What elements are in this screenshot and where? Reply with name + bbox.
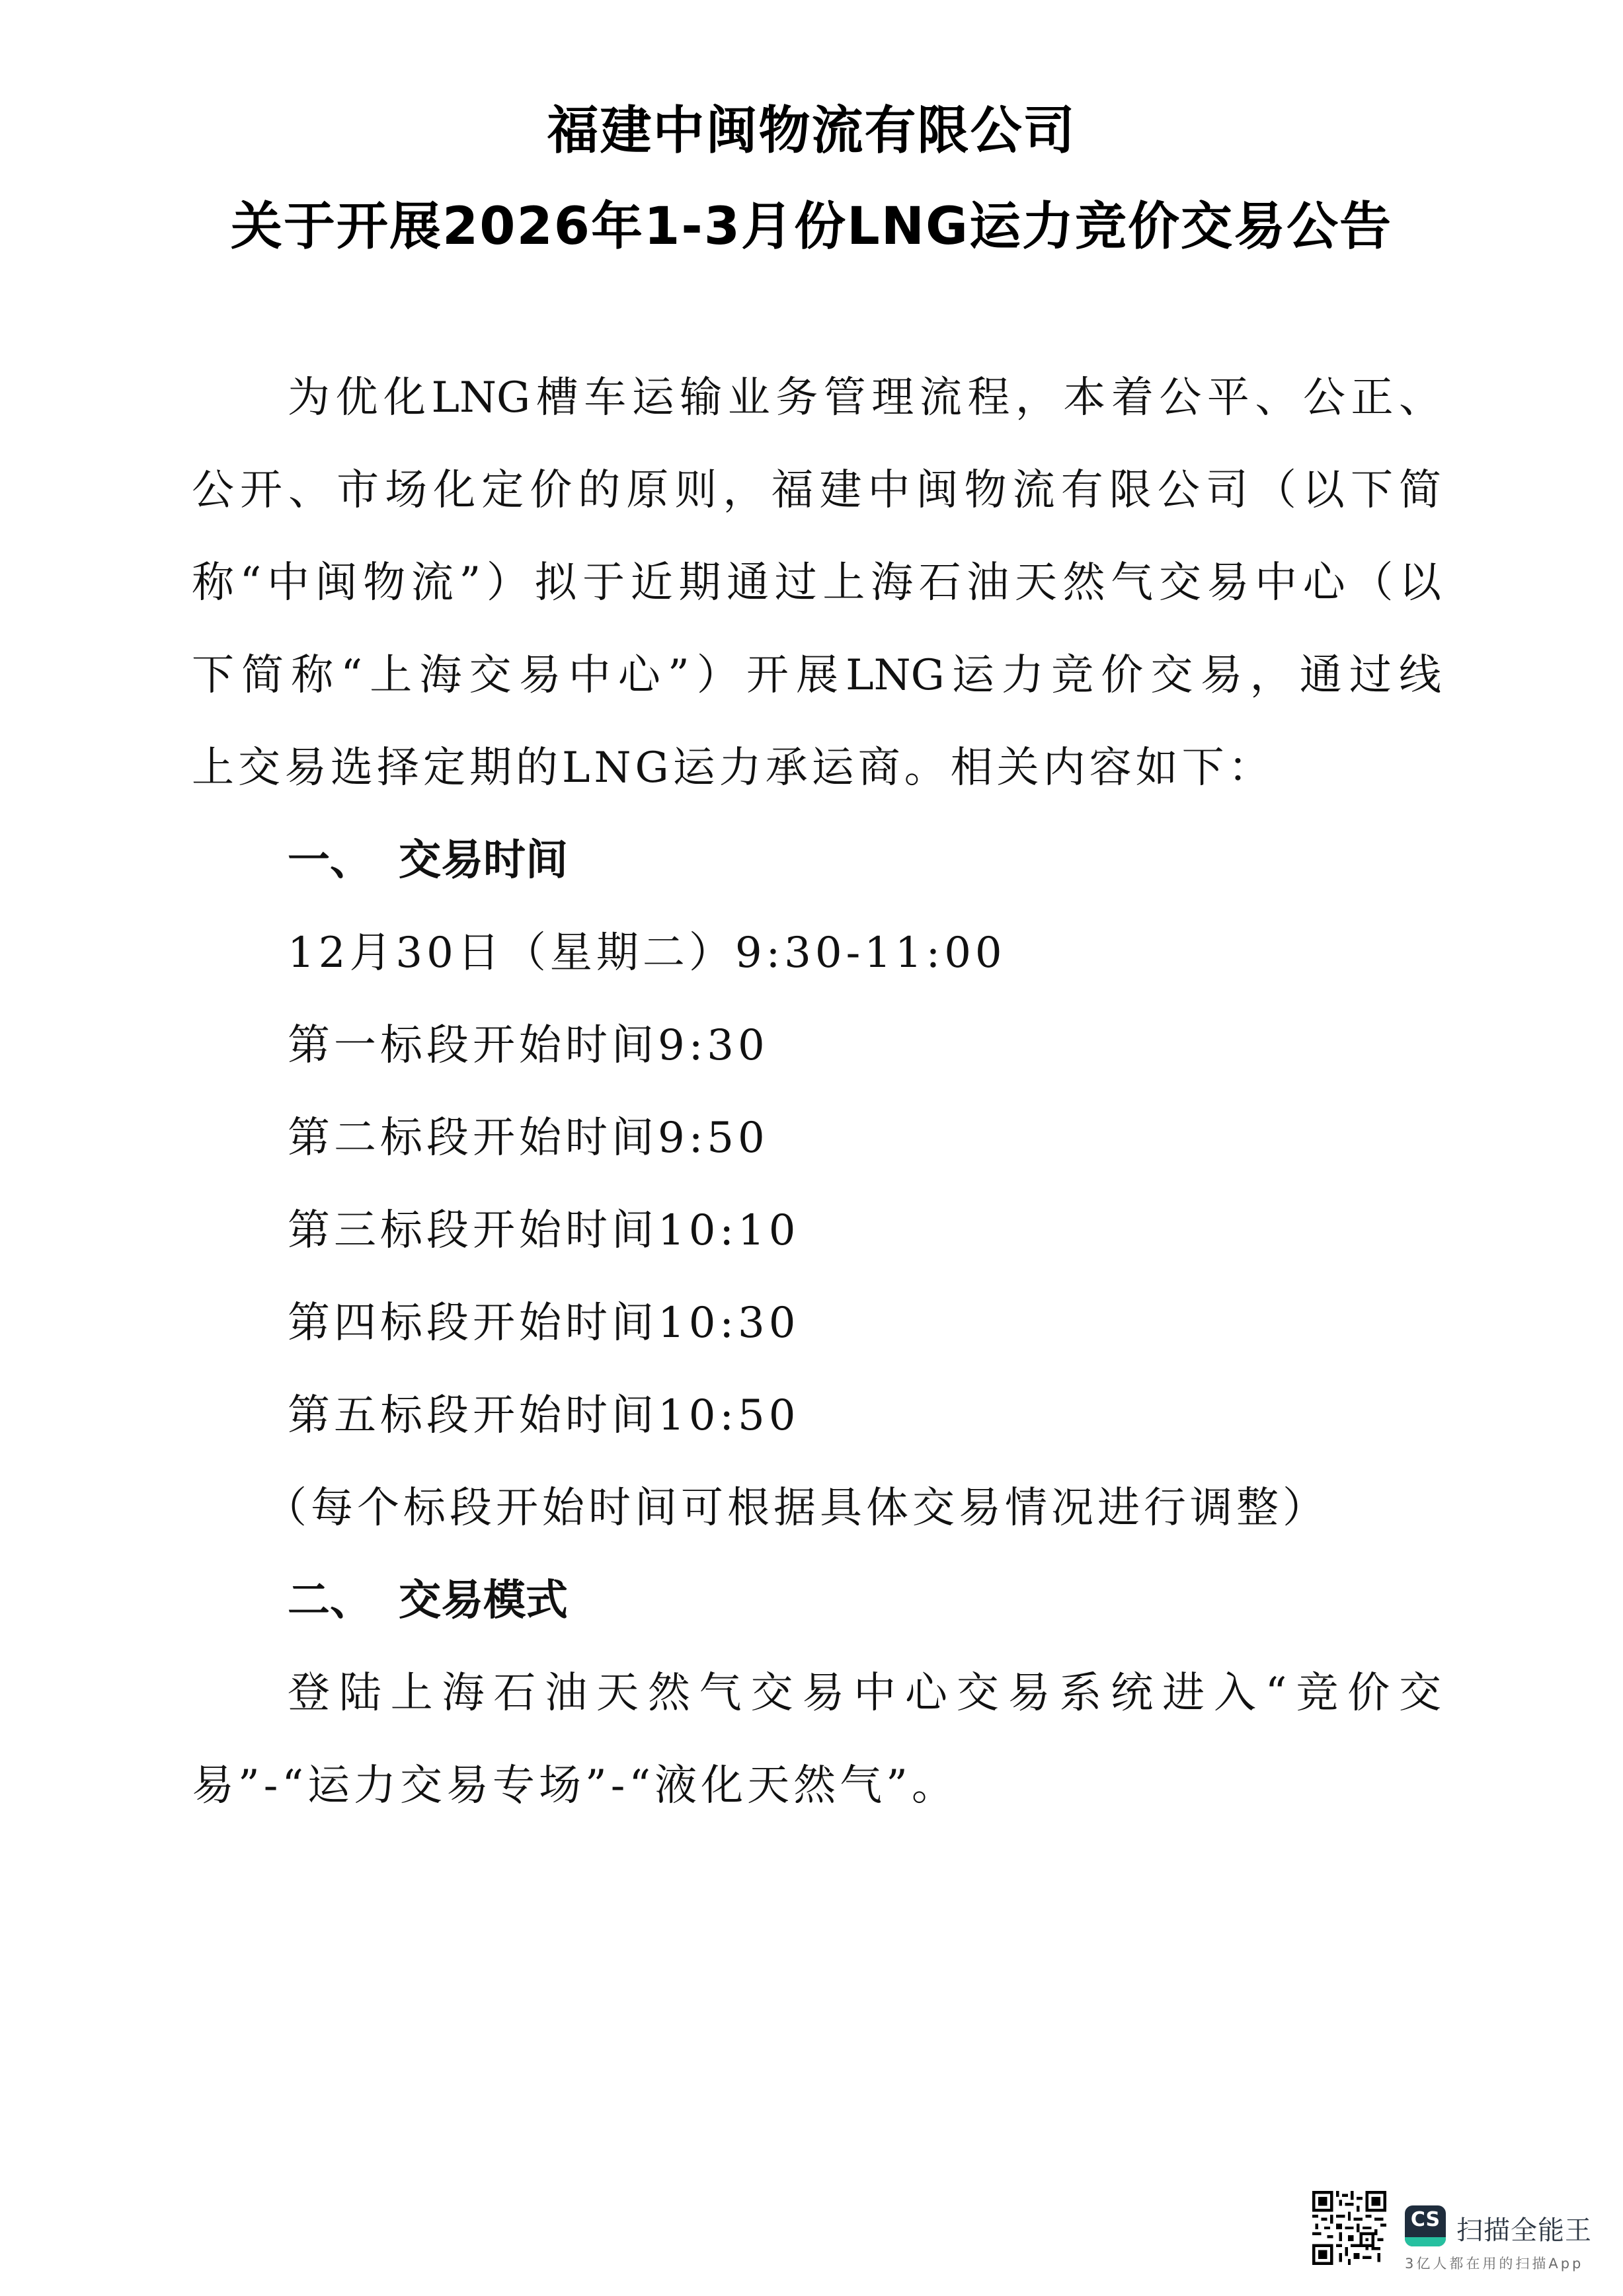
lot-start-time: 第五标段开始时间10:50 xyxy=(288,1389,1537,1442)
section-number: 一、 xyxy=(288,836,372,885)
company-title: 福建中闽物流有限公司 xyxy=(0,89,1623,163)
brand-name: 扫描全能王 xyxy=(1456,2209,1592,2247)
camscanner-logo-icon: CS xyxy=(1405,2205,1446,2246)
section-title: 交易模式 xyxy=(399,1576,568,1625)
intro-line: 为优化LNG槽车运输业务管理流程，本着公平、公正、 xyxy=(288,371,1441,424)
section-number: 二、 xyxy=(288,1576,372,1625)
mode-line: 易”-“运力交易专场”-“液化天然气”。 xyxy=(192,1759,1441,1812)
intro-line: 上交易选择定期的LNG运力承运商。相关内容如下： xyxy=(192,742,1441,794)
section-heading: 二、交易模式 xyxy=(288,1574,568,1627)
qr-code-icon xyxy=(1312,2191,1386,2265)
announcement-title: 关于开展2026年1-3月份LNG运力竞价交易公告 xyxy=(0,185,1623,259)
trading-date-line: 12月30日（星期二）9:30-11:00 xyxy=(288,927,1537,979)
mode-line: 登陆上海石油天然气交易中心交易系统进入“竞价交 xyxy=(288,1667,1441,1720)
section-title: 交易时间 xyxy=(399,836,568,885)
lot-start-time: 第二标段开始时间9:50 xyxy=(288,1112,1537,1165)
section-heading: 一、交易时间 xyxy=(288,834,568,887)
adjustment-note: （每个标段开始时间可根据具体交易情况进行调整） xyxy=(264,1482,1514,1535)
intro-line: 公开、市场化定价的原则，福建中闽物流有限公司（以下简 xyxy=(192,464,1441,517)
intro-line: 下简称“上海交易中心”）开展LNG运力竞价交易，通过线 xyxy=(192,649,1441,702)
intro-line: 称“中闽物流”）拟于近期通过上海石油天然气交易中心（以 xyxy=(192,556,1441,609)
camscanner-watermark: CS 扫描全能王 3亿人都在用的扫描App xyxy=(1312,2191,1603,2277)
brand-tagline: 3亿人都在用的扫描App xyxy=(1405,2253,1583,2273)
lot-start-time: 第四标段开始时间10:30 xyxy=(288,1297,1537,1350)
lot-start-time: 第一标段开始时间9:30 xyxy=(288,1019,1537,1072)
logo-accent-bar xyxy=(1405,2237,1446,2246)
logo-text: CS xyxy=(1405,2208,1446,2231)
lot-start-time: 第三标段开始时间10:10 xyxy=(288,1204,1537,1257)
